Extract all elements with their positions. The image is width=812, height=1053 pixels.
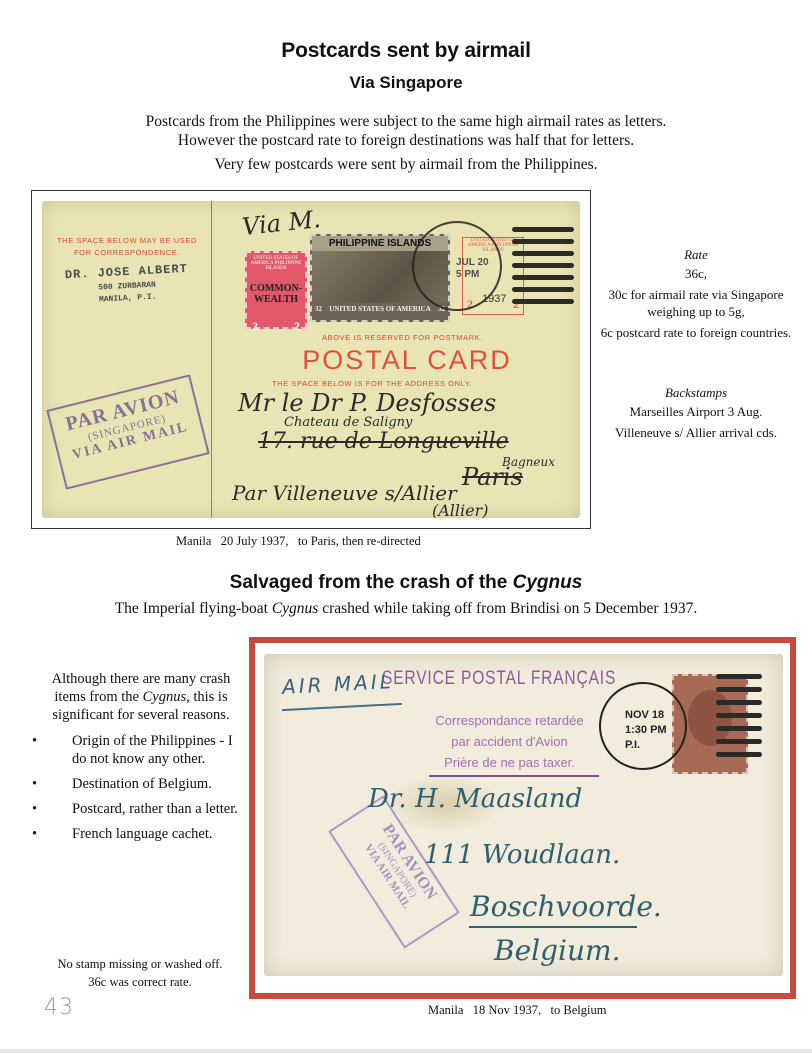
address-line: 111 Woudlaan. [424,840,620,870]
stamp-value: 32 [315,305,322,313]
cachet-line: Prière de ne pas taxer. [422,752,597,773]
reasons-list: Origin of the Philippines - I do not kno… [36,732,246,850]
page-number: 43 [44,995,74,1020]
airmail-underline [282,703,402,711]
backstamp-line: Marseilles Airport 3 Aug. [580,403,812,420]
exhibit-2-frame: AIR MAIL SERVICE POSTAL FRANÇAIS Corresp… [249,637,796,999]
address-underline [469,926,637,928]
backstamps-heading: Backstamps [580,384,812,401]
address-only-label: THE SPACE BELOW IS FOR THE ADDRESS ONLY. [272,379,472,388]
crash-cachet: Correspondance retardée par accident d'A… [422,710,597,773]
address-line: Chateau de Saligny [284,415,412,430]
intro-note: Very few postcards were sent by airmail … [0,156,812,174]
intro-text: The Imperial flying-boat [115,600,272,617]
note-line: 36c was correct rate. [40,973,240,991]
intro-text: crashed while taking off from Brindisi o… [318,600,697,617]
list-item: French language cachet. [36,825,246,843]
intro-line: Postcards from the Philippines were subj… [0,112,812,131]
address-line: (Allier) [432,501,489,518]
postal-card-image: THE SPACE BELOW MAY BE USED FOR CORRESPO… [42,201,580,518]
rate-block: Rate 36c, 30c for airmail rate via Singa… [580,246,812,341]
side-italic: Cygnus [143,689,187,705]
rate-heading: Rate [580,246,812,263]
overprint-line: WEALTH [247,294,305,305]
commonwealth-overprint-stamp: UNITED STATES OF AMERICA PHILIPPINE ISLA… [245,251,307,329]
correspondence-line: THE SPACE BELOW MAY BE USED [52,235,202,247]
postmark-date: NOV 18 [625,708,667,723]
exhibit-1-frame: THE SPACE BELOW MAY BE USED FOR CORRESPO… [31,190,591,529]
rate-note: No stamp missing or washed off. 36c was … [40,955,240,991]
backstamps-block: Backstamps Marseilles Airport 3 Aug. Vil… [580,384,812,441]
intro-text: Postcards from the Philippines were subj… [0,112,812,150]
postmark-year: 1937 [482,293,506,305]
section-intro: The Imperial flying-boat Cygnus crashed … [0,600,812,618]
cachet-line: Correspondance retardée [422,710,597,731]
postmark-region: P.I. [625,738,667,753]
list-item: Origin of the Philippines - I do not kno… [36,732,246,768]
page-subtitle: Via Singapore [0,73,812,93]
handwritten-airmail: AIR MAIL [281,669,394,699]
correspondence-line: FOR CORRESPONDENCE. [52,247,202,259]
postmark-time: 5 PM [456,269,489,281]
rate-line: 30c for airmail rate via Singapore [580,286,812,303]
postmark-time: 1:30 PM [625,723,667,738]
stamp-value: 2 [294,319,300,334]
cachet-underline [429,775,599,777]
killer-bars-icon [716,674,762,774]
correspondence-label: THE SPACE BELOW MAY BE USED FOR CORRESPO… [52,235,202,259]
heading-italic: Cygnus [513,572,583,593]
par-avion-cachet: PAR AVION (SINGAPORE) VIA AIR MAIL [46,374,209,489]
rate-line: 6c postcard rate to foreign countries. [580,324,812,341]
significance-intro: Although there are many crash items from… [36,670,246,724]
rate-line: weighing up to 5g, [580,303,812,320]
service-postal-cachet: SERVICE POSTAL FRANÇAIS [382,668,616,690]
intro-italic: Cygnus [272,600,319,617]
card-divider [211,201,212,518]
address-line: 17. rue de Longueville [258,429,509,454]
section-heading: Salvaged from the crash of the Cygnus [0,572,812,594]
killer-bars-icon [512,227,574,315]
address-line: Par Villeneuve s/Allier [232,481,457,505]
note-line: No stamp missing or washed off. [40,955,240,973]
page-bottom-edge [0,1049,812,1053]
address-line: Paris [462,463,523,491]
exhibit-1-caption: Manila 20 July 1937, to Paris, then re-d… [176,534,421,549]
rate-total: 36c, [580,265,812,282]
intro-line: However the postcard rate to foreign des… [0,131,812,150]
page-title: Postcards sent by airmail [0,39,812,63]
address-line: Dr. H. Maasland [368,784,582,814]
manila-postmark-icon: NOV 18 1:30 PM P.I. [599,682,687,770]
stamp-bottom-text: UNITED STATES OF AMERICA [329,305,431,313]
postal-card-label: POSTAL CARD [242,345,572,376]
cachet-line: par accident d'Avion [422,731,597,752]
heading-text: Salvaged from the crash of the [230,572,513,593]
address-line: Boschvoorde. [470,890,662,923]
crash-postcard-image: AIR MAIL SERVICE POSTAL FRANÇAIS Corresp… [264,654,783,976]
postmark-date: JUL 20 [456,257,489,269]
exhibit-2-caption: Manila 18 Nov 1937, to Belgium [428,1003,606,1018]
backstamp-line: Villeneuve s/ Allier arrival cds. [580,424,812,441]
stamp-overprint: COMMON- WEALTH [247,283,305,305]
stamp-value: 2 [252,319,258,334]
reserved-label: ABOVE IS RESERVED FOR POSTMARK. [322,333,483,342]
stamp-top-text: UNITED STATES OF AMERICA PHILIPPINE ISLA… [247,256,305,271]
sender-handstamp: DR. JOSE ALBERT 500 ZURBARAN MANILA, P.I… [51,261,203,307]
list-item: Destination of Belgium. [36,775,246,793]
list-item: Postcard, rather than a letter. [36,800,246,818]
overprint-line: COMMON- [247,283,305,294]
address-line: Belgium. [494,934,620,967]
address-line: Mr le Dr P. Desfosses [238,389,496,417]
